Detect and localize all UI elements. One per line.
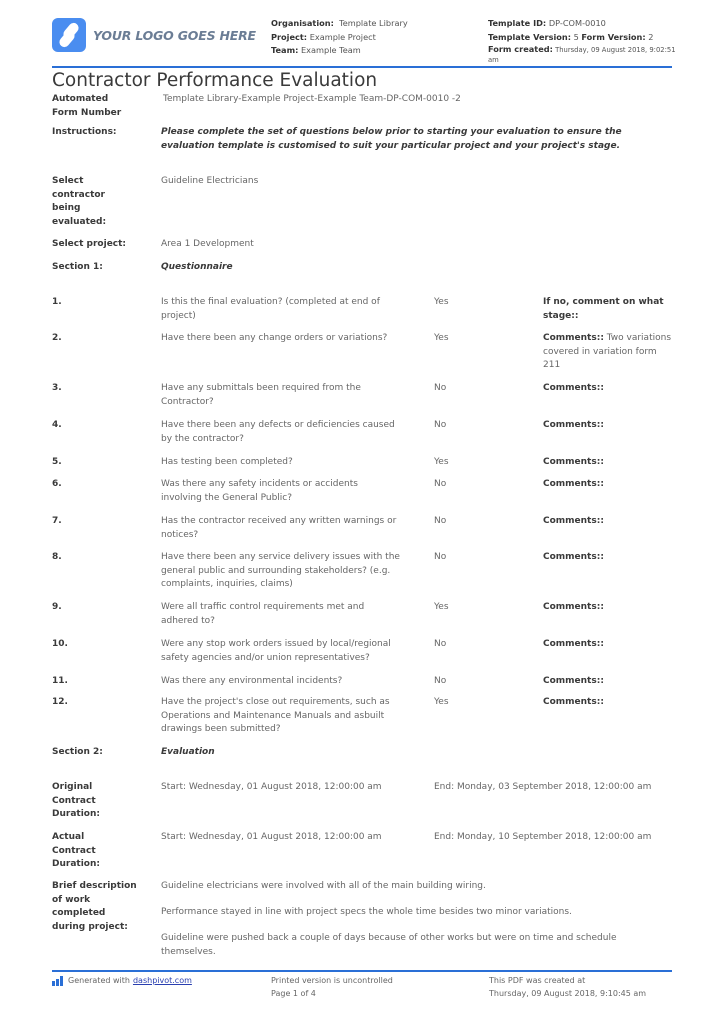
description-label: Brief description of work completed duri… <box>52 880 137 934</box>
comment-label: If no, comment on what stage:: <box>543 297 664 321</box>
footer-generated: Generated with dashpivot.com <box>52 975 192 988</box>
question-number: 3. <box>52 382 62 396</box>
question-number: 11. <box>52 675 68 689</box>
actual-end: End: Monday, 10 September 2018, 12:00:00… <box>434 831 651 845</box>
section2-title: Evaluation <box>161 746 215 760</box>
comment-label: Comments:: <box>543 420 604 430</box>
comment-label: Comments:: <box>543 676 604 686</box>
team-value: Example Team <box>301 45 361 55</box>
page-number: Page 1 of 4 <box>271 988 393 1001</box>
header-meta-template: Template ID: DP-COM-0010 Template Versio… <box>488 17 678 65</box>
question-number: 12. <box>52 696 68 710</box>
question-comment: If no, comment on what stage:: <box>543 296 673 323</box>
question-answer: No <box>434 419 446 433</box>
instructions-label: Instructions: <box>52 126 152 140</box>
form-number-label: Automated Form Number <box>52 93 132 120</box>
question-number: 10. <box>52 638 68 652</box>
logo-text: YOUR LOGO GOES HERE <box>93 28 256 43</box>
comment-label: Comments:: <box>543 639 604 649</box>
question-comment: Comments:: <box>543 478 673 492</box>
question-number: 2. <box>52 332 62 346</box>
form-number-row: Automated Form Number Template Library-E… <box>52 93 672 123</box>
question-comment: Comments:: <box>543 419 673 433</box>
question-answer: No <box>434 638 446 652</box>
template-version-value: 5 <box>574 32 579 42</box>
question-answer: No <box>434 675 446 689</box>
question-text: Were any stop work orders issued by loca… <box>161 638 401 665</box>
original-end: End: Monday, 03 September 2018, 12:00:00… <box>434 781 651 795</box>
comment-label: Comments:: <box>543 333 604 343</box>
question-answer: No <box>434 478 446 492</box>
comment-label: Comments:: <box>543 383 604 393</box>
document-page: YOUR LOGO GOES HERE Organisation: Templa… <box>0 0 724 1024</box>
question-text: Is this the final evaluation? (completed… <box>161 296 401 323</box>
project-value: Example Project <box>310 32 376 42</box>
comment-label: Comments:: <box>543 602 604 612</box>
dashpivot-bars-icon <box>52 976 63 986</box>
description-line: Performance stayed in line with project … <box>161 906 666 920</box>
question-comment: Comments:: <box>543 382 673 396</box>
footer-created: This PDF was created at Thursday, 09 Aug… <box>489 975 646 1000</box>
question-text: Have the project's close out requirement… <box>161 696 401 737</box>
footer-divider <box>52 970 672 972</box>
question-comment: Comments:: <box>543 456 673 470</box>
question-text: Was there any safety incidents or accide… <box>161 478 401 505</box>
question-number: 6. <box>52 478 62 492</box>
question-answer: Yes <box>434 456 449 470</box>
question-comment: Comments:: <box>543 675 673 689</box>
question-answer: Yes <box>434 601 449 615</box>
pdf-created-label: This PDF was created at <box>489 975 646 988</box>
form-version-value: 2 <box>648 32 653 42</box>
comment-label: Comments:: <box>543 552 604 562</box>
question-text: Have any submittals been required from t… <box>161 382 401 409</box>
question-text: Has testing been completed? <box>161 456 401 470</box>
question-text: Were all traffic control requirements me… <box>161 601 401 628</box>
original-duration-label: Original Contract Duration: <box>52 781 107 822</box>
question-number: 7. <box>52 515 62 529</box>
description-line: Guideline were pushed back a couple of d… <box>161 932 666 959</box>
question-text: Have there been any defects or deficienc… <box>161 419 401 446</box>
question-comment: Comments:: <box>543 696 673 710</box>
contractor-label: Select contractor being evaluated: <box>52 175 112 229</box>
comment-label: Comments:: <box>543 516 604 526</box>
organisation-value: Template Library <box>339 18 408 28</box>
contractor-value: Guideline Electricians <box>161 175 258 189</box>
description-line: Guideline electricians were involved wit… <box>161 880 666 894</box>
project-value: Area 1 Development <box>161 238 254 252</box>
question-comment: Comments:: <box>543 638 673 652</box>
question-number: 5. <box>52 456 62 470</box>
question-comment: Comments:: <box>543 515 673 529</box>
footer-print-info: Printed version is uncontrolled Page 1 o… <box>271 975 393 1000</box>
section2-label: Section 2: <box>52 746 152 760</box>
pdf-created-value: Thursday, 09 August 2018, 9:10:45 am <box>489 988 646 1001</box>
comment-label: Comments:: <box>543 697 604 707</box>
instructions-text: Please complete the set of questions bel… <box>161 126 673 153</box>
uncontrolled-notice: Printed version is uncontrolled <box>271 975 393 988</box>
page-title: Contractor Performance Evaluation <box>52 70 377 91</box>
question-comment: Comments:: <box>543 551 673 565</box>
question-answer: No <box>434 551 446 565</box>
question-text: Have there been any service delivery iss… <box>161 551 401 592</box>
question-number: 4. <box>52 419 62 433</box>
question-text: Have there been any change orders or var… <box>161 332 401 346</box>
question-number: 9. <box>52 601 62 615</box>
question-comment: Comments:: Two variations covered in var… <box>543 332 673 373</box>
section1-label: Section 1: <box>52 261 152 275</box>
project-label: Select project: <box>52 238 152 252</box>
question-text: Was there any environmental incidents? <box>161 675 401 689</box>
original-start: Start: Wednesday, 01 August 2018, 12:00:… <box>161 781 382 795</box>
actual-duration-label: Actual Contract Duration: <box>52 831 107 872</box>
template-id-value: DP-COM-0010 <box>549 18 606 28</box>
question-number: 8. <box>52 551 62 565</box>
dashpivot-link[interactable]: dashpivot.com <box>133 975 192 988</box>
header-meta-organisation: Organisation: Template Library Project: … <box>271 17 408 58</box>
form-number-value: Template Library-Example Project-Example… <box>163 93 461 107</box>
question-number: 1. <box>52 296 62 310</box>
comment-label: Comments:: <box>543 479 604 489</box>
question-answer: No <box>434 382 446 396</box>
section1-title: Questionnaire <box>161 261 233 275</box>
logo: YOUR LOGO GOES HERE <box>52 18 256 52</box>
question-answer: Yes <box>434 296 449 310</box>
question-answer: No <box>434 515 446 529</box>
question-text: Has the contractor received any written … <box>161 515 401 542</box>
actual-start: Start: Wednesday, 01 August 2018, 12:00:… <box>161 831 382 845</box>
question-answer: Yes <box>434 332 449 346</box>
page-header: YOUR LOGO GOES HERE Organisation: Templa… <box>52 14 672 66</box>
question-answer: Yes <box>434 696 449 710</box>
header-divider <box>52 66 672 68</box>
question-comment: Comments:: <box>543 601 673 615</box>
logo-icon <box>52 18 86 52</box>
comment-label: Comments:: <box>543 457 604 467</box>
